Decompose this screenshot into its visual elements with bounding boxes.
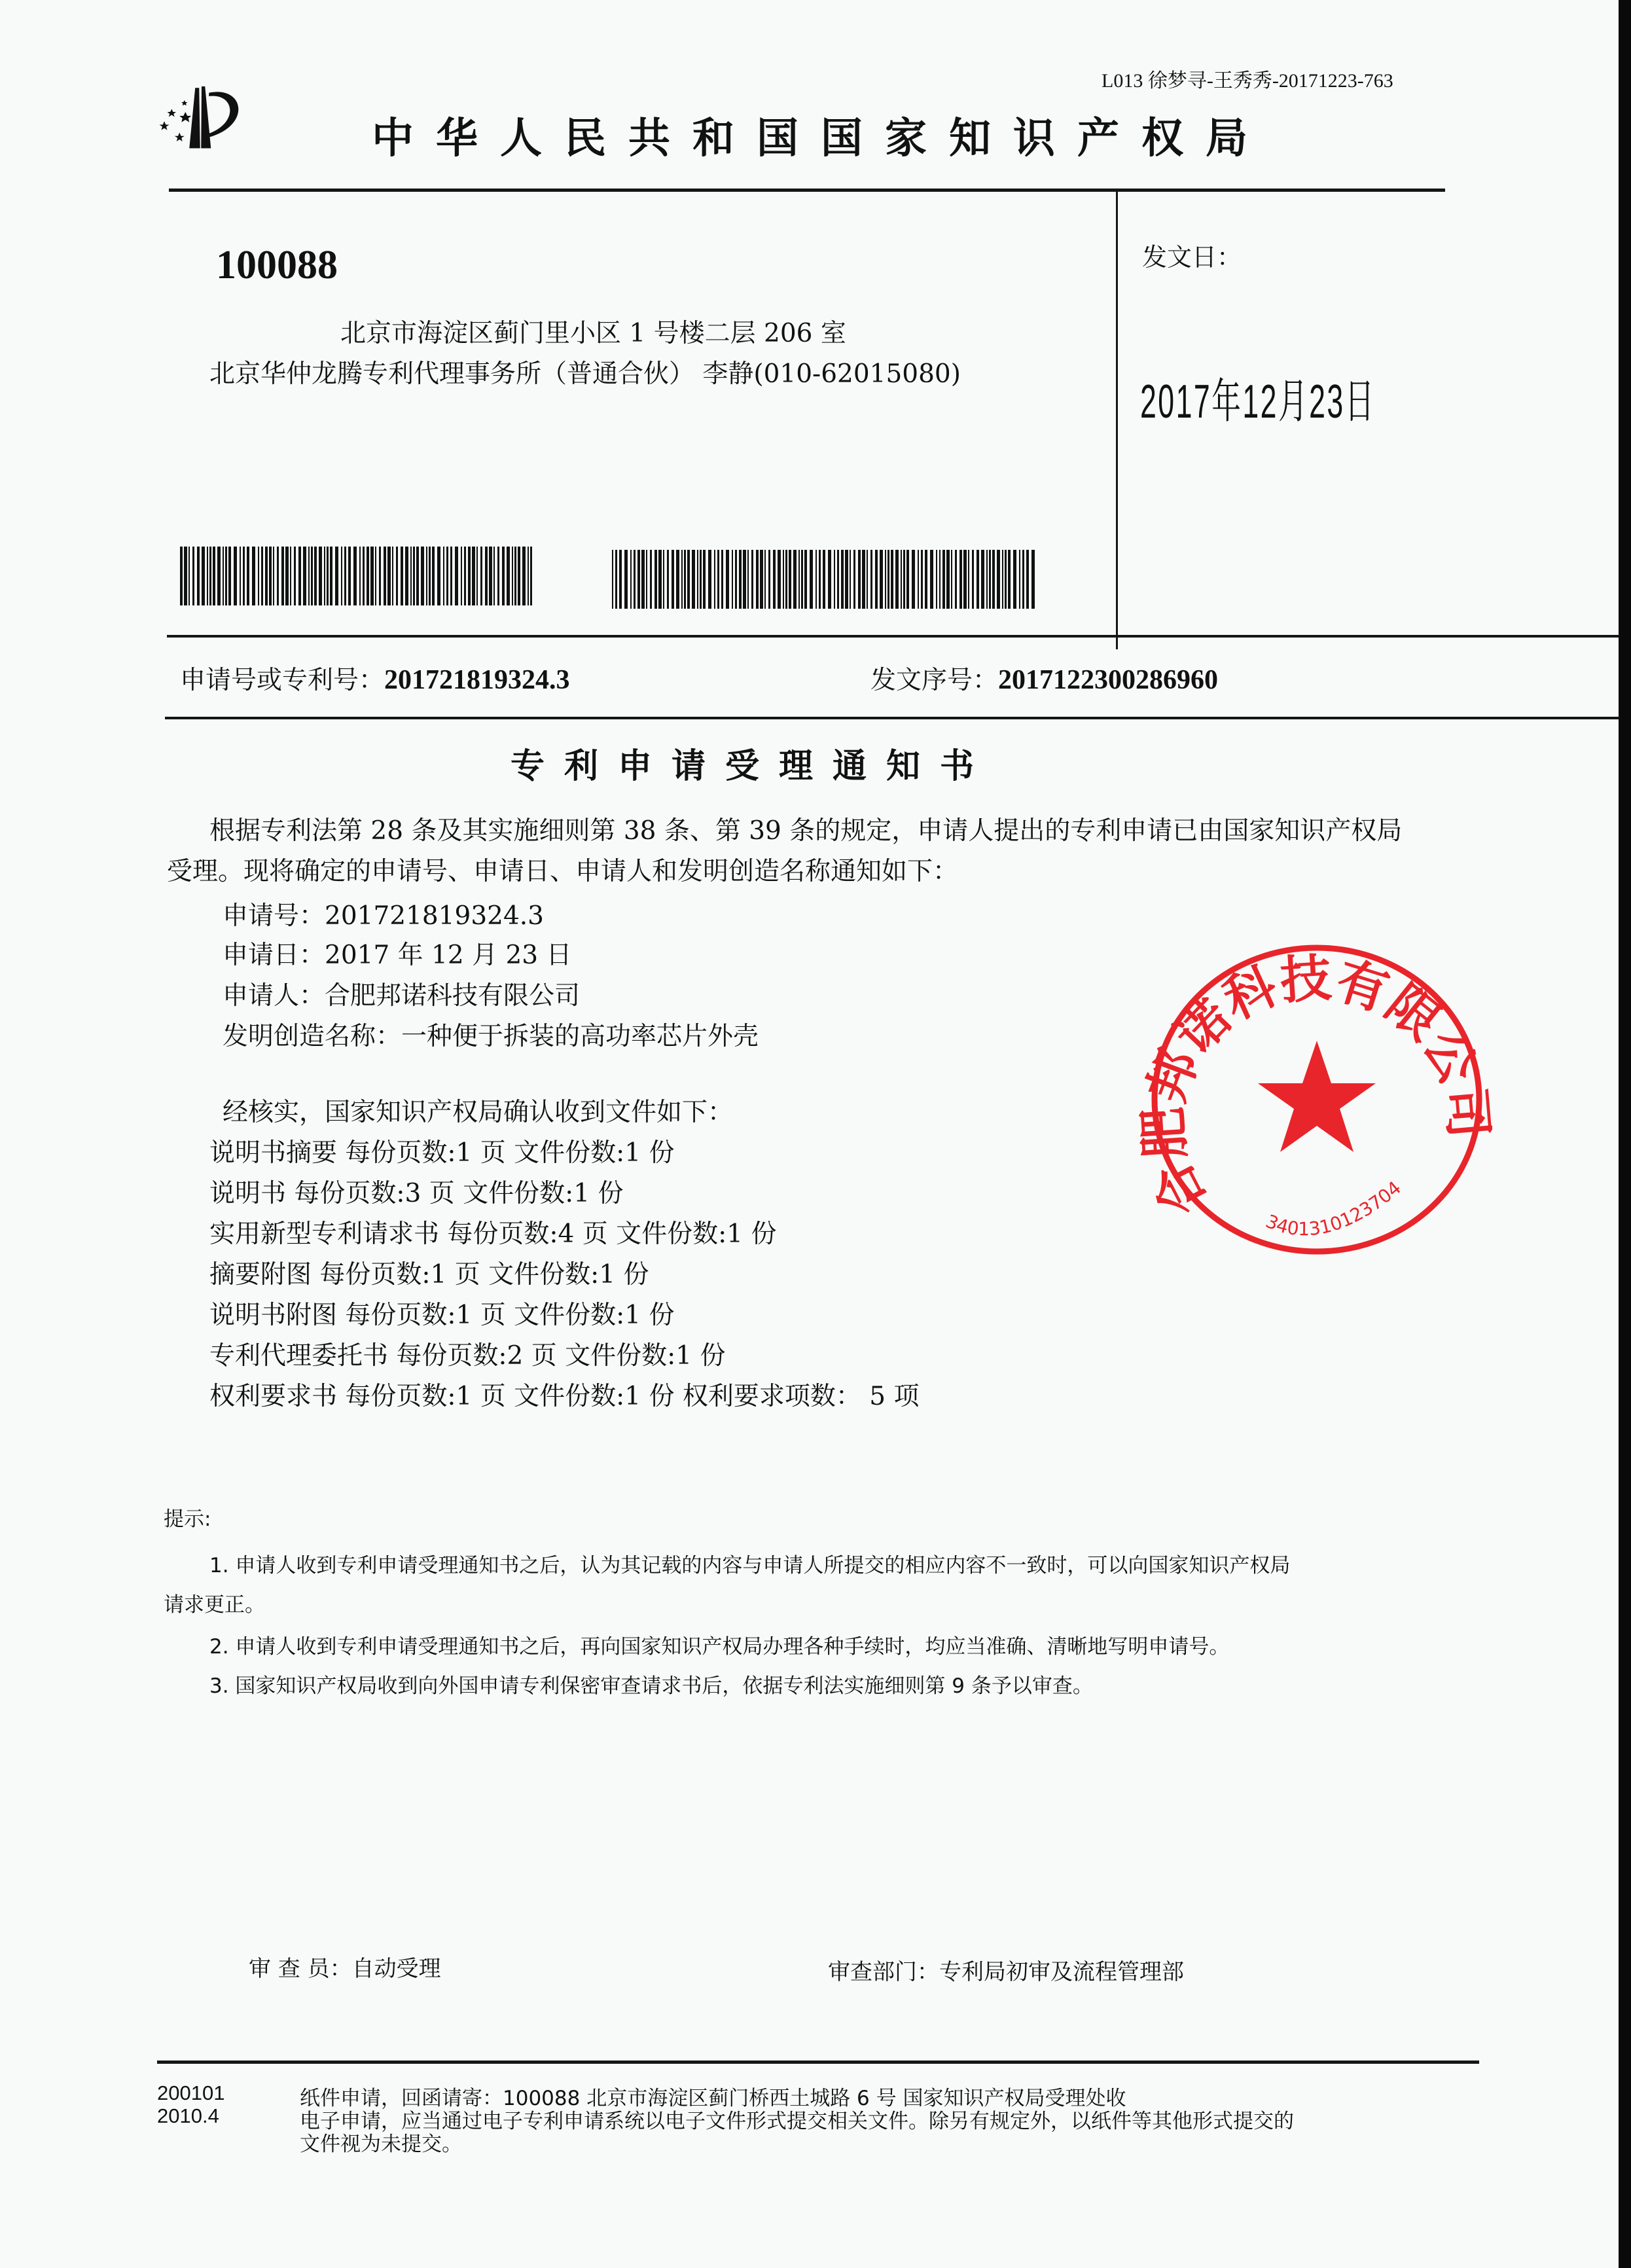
tips-heading: 提示: xyxy=(164,1502,211,1532)
tip-2: 2. 申请人收到专利申请受理通知书之后，再向国家知识产权局办理各种手续时，均应当… xyxy=(209,1630,1229,1659)
serial-number-row: 发文序号：2017122300286960 xyxy=(870,660,1218,696)
scan-edge xyxy=(1619,0,1631,2268)
header-rule xyxy=(169,189,1445,192)
tip-1-continued: 请求更正。 xyxy=(164,1588,265,1617)
form-code: 200101 xyxy=(157,2081,224,2105)
detail-applicant: 申请人：合肥邦诺科技有限公司 xyxy=(223,975,580,1012)
issue-date: 2017年12月23日 xyxy=(1140,363,1376,431)
footer-line-3: 文件视为未提交。 xyxy=(300,2127,462,2157)
received-item: 说明书 每份页数:3 页 文件份数:1 份 xyxy=(209,1173,624,1210)
examiner: 审 查 员：自动受理 xyxy=(249,1951,441,1983)
document-title: 专利申请受理通知书 xyxy=(511,738,994,787)
recipient-agency: 北京华仲龙腾专利代理事务所（普通合伙） 李静(010-62015080) xyxy=(209,353,961,390)
svg-text:3401310123704: 3401310123704 xyxy=(1263,1177,1405,1240)
received-item: 说明书附图 每份页数:1 页 文件份数:1 份 xyxy=(209,1295,675,1331)
serial-number-value: 2017122300286960 xyxy=(998,665,1218,695)
numbers-bottom-rule xyxy=(165,717,1620,719)
detail-application-date: 申请日：2017 年 12 月 23 日 xyxy=(223,935,572,971)
numbers-top-rule xyxy=(167,635,1620,638)
application-number-value: 201721819324.3 xyxy=(384,665,570,695)
department: 审查部门：专利局初审及流程管理部 xyxy=(828,1954,1184,1986)
serial-number-label: 发文序号： xyxy=(870,666,998,695)
issue-date-label: 发文日： xyxy=(1142,237,1242,273)
examiner-label: 审 查 员： xyxy=(249,1956,352,1982)
received-item: 摘要附图 每份页数:1 页 文件份数:1 份 xyxy=(209,1254,649,1291)
date-column-divider xyxy=(1116,191,1118,649)
postcode: 100088 xyxy=(216,242,338,289)
application-number-row: 申请号或专利号：201721819324.3 xyxy=(180,660,570,696)
recipient-address: 北京市海淀区蓟门里小区 1 号楼二层 206 室 xyxy=(340,313,846,350)
tip-3: 3. 国家知识产权局收到向外国申请专利保密审查请求书后，依据专利法实施细则第 9… xyxy=(209,1669,1093,1699)
company-seal-icon: 合肥邦诺科技有限公司 3401310123704 xyxy=(1139,936,1492,1263)
cnipa-logo-icon xyxy=(145,71,270,169)
reference-code: L013 徐梦寻-王秀秀-20171223-763 xyxy=(1102,64,1393,93)
footer-rule xyxy=(157,2061,1479,2064)
department-value: 专利局初审及流程管理部 xyxy=(939,1959,1184,1985)
agency-name: 中华人民共和国国家知识产权局 xyxy=(372,105,1270,165)
tip-1: 1. 申请人收到专利申请受理通知书之后，认为其记载的内容与申请人所提交的相应内容… xyxy=(209,1549,1290,1578)
form-version: 2010.4 xyxy=(157,2104,219,2128)
department-label: 审查部门： xyxy=(828,1959,939,1985)
received-heading: 经核实，国家知识产权局确认收到文件如下： xyxy=(223,1092,733,1128)
received-item: 权利要求书 每份页数:1 页 文件份数:1 份 权利要求项数： 5 项 xyxy=(209,1376,920,1413)
application-number-label: 申请号或专利号： xyxy=(180,666,384,695)
detail-application-number: 申请号：201721819324.3 xyxy=(223,895,544,932)
received-item: 专利代理委托书 每份页数:2 页 文件份数:1 份 xyxy=(209,1335,726,1372)
received-item: 说明书摘要 每份页数:1 页 文件份数:1 份 xyxy=(209,1132,675,1169)
barcode-serial xyxy=(612,550,1037,609)
intro-line-1: 根据专利法第 28 条及其实施细则第 38 条、第 39 条的规定，申请人提出的… xyxy=(209,810,1402,847)
examiner-value: 自动受理 xyxy=(352,1956,441,1982)
detail-invention-title: 发明创造名称：一种便于拆装的高功率芯片外壳 xyxy=(223,1016,759,1053)
intro-line-2: 受理。现将确定的申请号、申请日、申请人和发明创造名称通知如下： xyxy=(167,851,958,888)
received-item: 实用新型专利请求书 每份页数:4 页 文件份数:1 份 xyxy=(209,1214,777,1250)
barcode-application xyxy=(180,547,533,605)
